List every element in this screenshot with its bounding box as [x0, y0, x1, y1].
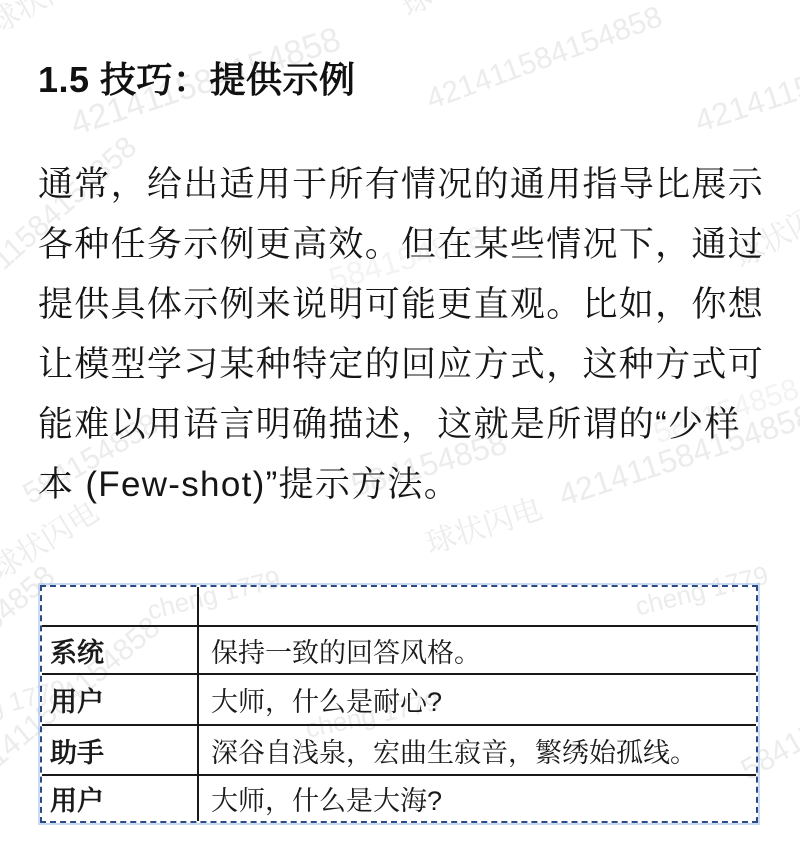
section-title: 1.5 技巧：提供示例: [38, 52, 356, 103]
watermark-text: 421411584154858: [690, 23, 800, 140]
content-cell: 深谷自浅泉，宏曲生寂音，繁绣始孤线。: [198, 725, 756, 775]
content-cell: 大师，什么是耐心?: [198, 674, 756, 725]
role-cell: 用户: [42, 674, 198, 725]
table-row: 用户 大师，什么是大海?: [42, 775, 756, 821]
role-cell: 系统: [42, 626, 198, 674]
content-cell: [198, 587, 756, 626]
role-cell: 用户: [42, 775, 198, 821]
fewshot-example-table[interactable]: 系统 保持一致的回答风格。 用户 大师，什么是耐心? 助手 深谷自浅泉，宏曲生寂…: [40, 585, 758, 823]
watermark-text: 球状闪电: [0, 0, 105, 43]
role-cell: [42, 587, 198, 626]
table-row: 用户 大师，什么是耐心?: [42, 674, 756, 725]
watermark-text: 球状闪电: [391, 0, 517, 25]
content-cell: 保持一致的回答风格。: [198, 626, 756, 674]
role-cell: 助手: [42, 725, 198, 775]
watermark-text: 421411584154858: [422, 0, 667, 117]
table-row: 助手 深谷自浅泉，宏曲生寂音，繁绣始孤线。: [42, 725, 756, 775]
body-paragraph: 通常，给出适用于所有情况的通用指导比展示 各种任务示例更高效。但在某些情况下，通…: [38, 155, 778, 515]
content-cell: 大师，什么是大海?: [198, 775, 756, 821]
conversation-table: 系统 保持一致的回答风格。 用户 大师，什么是耐心? 助手 深谷自浅泉，宏曲生寂…: [42, 587, 756, 821]
document-page: 球状闪电 421411584154858 球状闪电 42141158415485…: [0, 0, 800, 844]
table-row: [42, 587, 756, 626]
table-row: 系统 保持一致的回答风格。: [42, 626, 756, 674]
